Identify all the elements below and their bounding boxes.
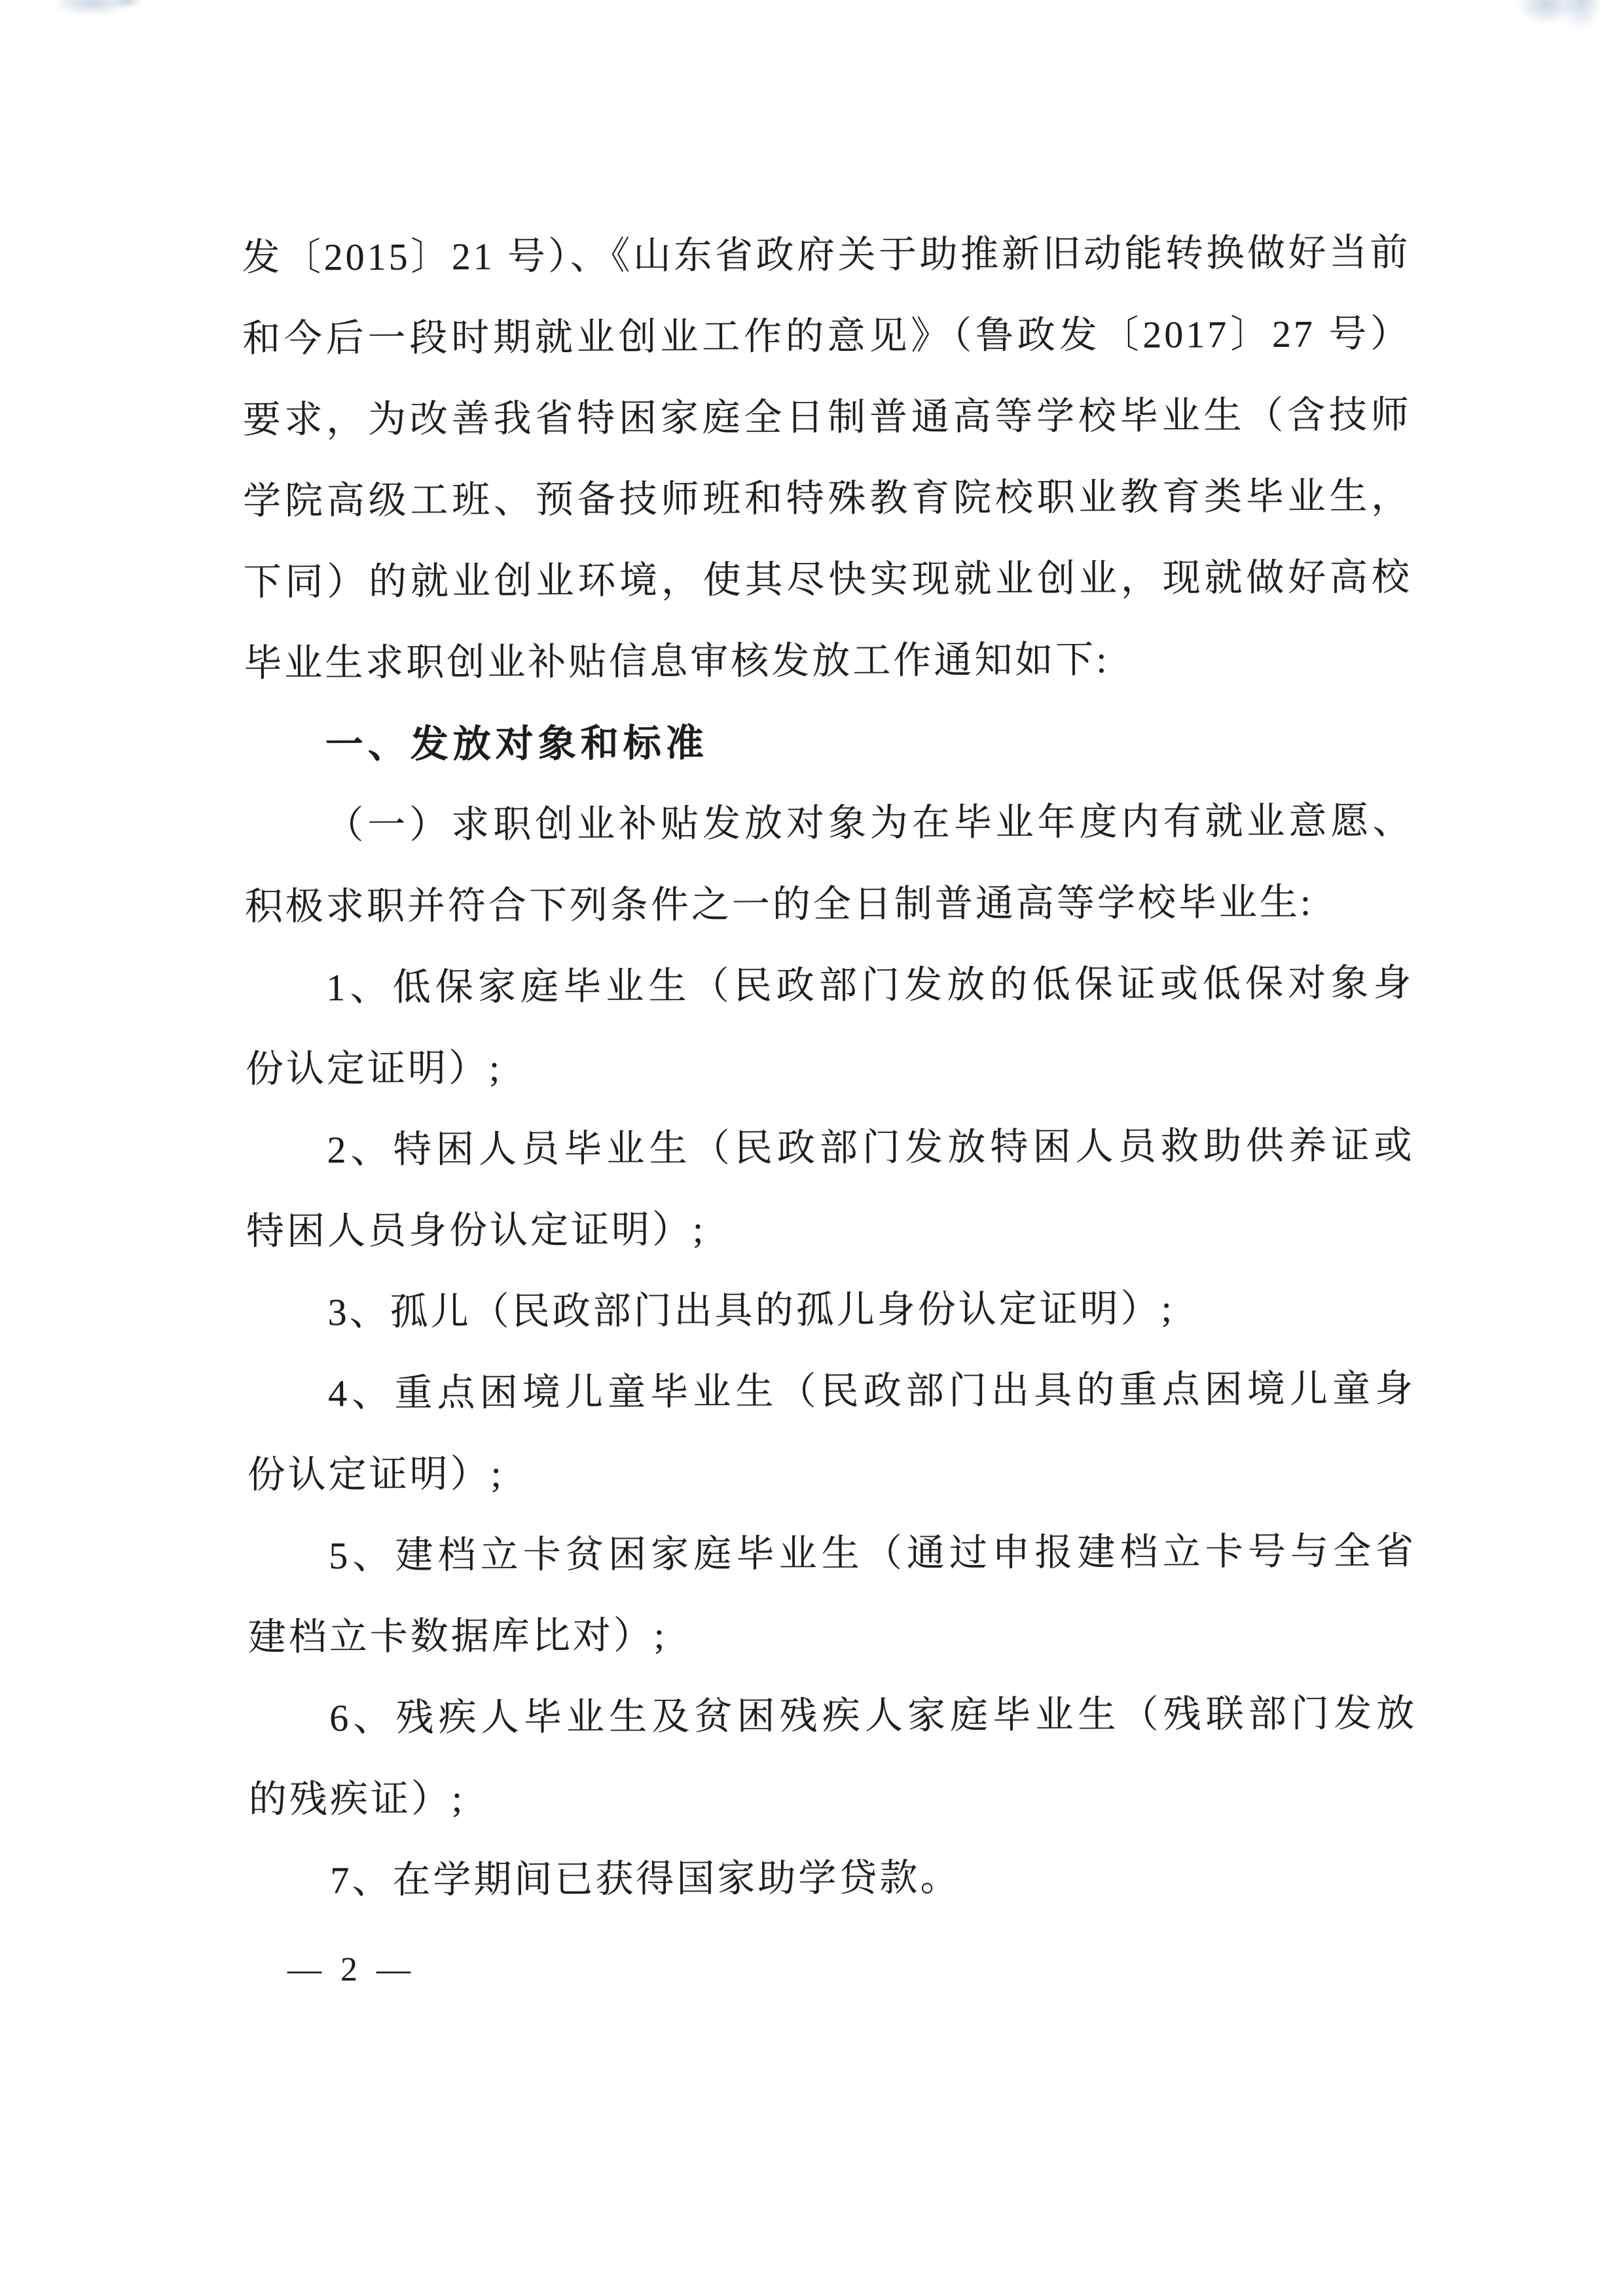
- document-line: 建档立卡数据库比对）;: [248, 1592, 1417, 1678]
- document-line: 2、特困人员毕业生（民政部门发放特困人员救助供养证或: [246, 1105, 1415, 1191]
- document-line: 要求，为改善我省特困家庭全日制普通高等学校毕业生（含技师: [242, 374, 1412, 461]
- document-line: 4、重点困境儿童毕业生（民政部门出具的重点困境儿童身: [247, 1348, 1416, 1435]
- document-line: 和今后一段时期就业创业工作的意见》（鲁政发〔2017〕27 号）: [242, 293, 1412, 380]
- document-line: 3、孤儿（民政部门出具的孤儿身份认定证明）;: [246, 1267, 1415, 1354]
- document-line: （一）求职创业补贴发放对象为在毕业年度内有就业意愿、: [244, 780, 1413, 867]
- document-line: 7、在学期间已获得国家助学贷款。: [249, 1835, 1418, 1922]
- document-line: 特困人员身份认定证明）;: [246, 1186, 1415, 1272]
- document-line: 6、残疾人毕业生及贫困残疾人家庭毕业生（残联部门发放: [248, 1673, 1417, 1759]
- document-line: 毕业生求职创业补贴信息审核发放工作通知如下:: [244, 618, 1413, 704]
- scan-smudge-top-left-artifact: [58, 0, 135, 16]
- scan-smudge-top-right-artifact: [1516, 0, 1577, 25]
- document-line: 发〔2015〕21 号）、《山东省政府关于助推新旧动能转换做好当前: [242, 212, 1411, 298]
- document-line: 的残疾证）;: [249, 1754, 1418, 1840]
- section-heading: 一、发放对象和标准: [244, 699, 1413, 785]
- document-line: 学院高级工班、预备技师班和特殊教育院校职业教育类毕业生，: [243, 456, 1412, 542]
- document-line: 1、低保家庭毕业生（民政部门发放的低保证或低保对象身: [245, 942, 1414, 1029]
- document-line: 5、建档立卡贫困家庭毕业生（通过申报建档立卡号与全省: [247, 1511, 1417, 1597]
- document-line: 积极求职并符合下列条件之一的全日制普通高等学校毕业生:: [245, 861, 1414, 948]
- document-line: 下同）的就业创业环境，使其尽快实现就业创业，现就做好高校: [243, 537, 1412, 623]
- scan-smudge-top-left-artifact: [113, 0, 143, 8]
- document-line: 份认定证明）;: [246, 1024, 1415, 1110]
- document-text-block: 发〔2015〕21 号）、《山东省政府关于助推新旧动能转换做好当前 和今后一段时…: [242, 212, 1417, 1922]
- document-line: 份认定证明）;: [247, 1429, 1416, 1516]
- page-number: — 2 —: [287, 1950, 416, 1990]
- scan-smudge-top-right-artifact: [1565, 0, 1601, 30]
- scanned-document-page: 发〔2015〕21 号）、《山东省政府关于助推新旧动能转换做好当前 和今后一段时…: [0, 0, 1623, 2296]
